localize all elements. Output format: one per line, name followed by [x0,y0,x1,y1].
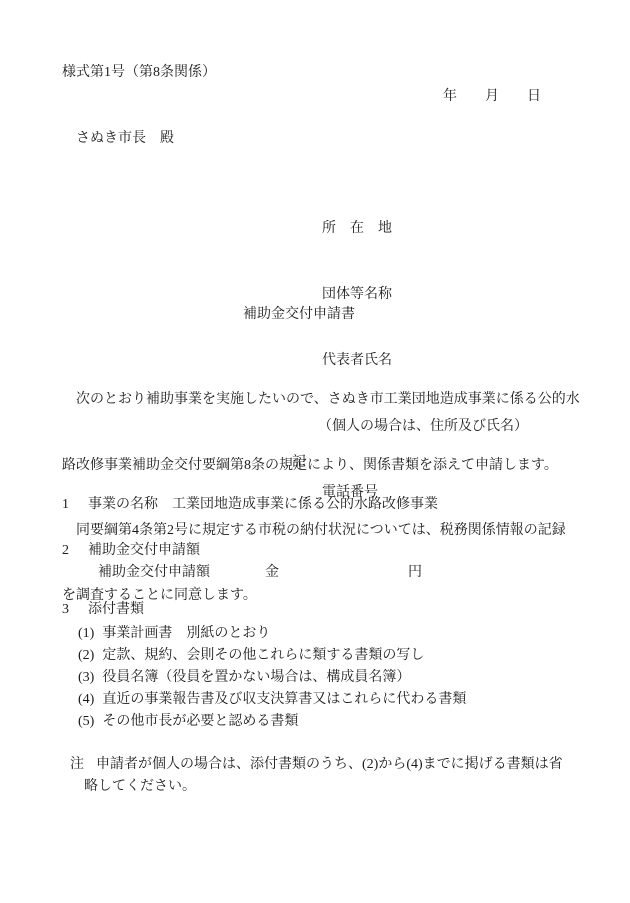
attachment-number: (3) [78,670,94,685]
item2-number: 2 [62,540,69,562]
sender-org-name-label: 団体等名称 [322,284,528,306]
item2-row-label: 補助金交付申請額 [98,562,210,584]
body-line-3: 同要綱第4条第2号に規定する市税の納付状況については、税務関係情報の記録 [62,520,582,542]
attachment-number: (4) [78,692,94,707]
attachment-row: (5)その他市長が必要と認める書類 [78,711,298,733]
body-line-1: 次のとおり補助事業を実施したいので、さぬき市工業団地造成事業に係る公的水 [62,389,582,411]
attachment-text: その他市長が必要と認める書類 [102,714,298,729]
addressee: さぬき市長 殿 [76,128,174,150]
note-marker: 注 [70,754,84,776]
item2-heading: 補助金交付申請額 [88,540,200,562]
form-number: 様式第1号（第8条関係） [62,62,216,84]
attachment-text: 役員名簿（役員を置かない場合は、構成員名簿） [102,670,410,685]
ki-marker: 記 [0,452,598,474]
item1-number: 1 [62,494,69,516]
attachment-row: (2)定款、規約、会則その他これらに類する書類の写し [78,645,424,667]
date-line: 年 月 日 [443,86,541,108]
note-line-2: 略してください。 [84,776,196,798]
attachment-text: 定款、規約、会則その他これらに類する書類の写し [102,648,424,663]
sender-location-label: 所 在 地 [322,218,528,240]
document-title: 補助金交付申請書 [0,304,598,326]
item3-number: 3 [62,599,69,621]
item1-text: 事業の名称 工業団地造成事業に係る公的水路改修事業 [88,494,438,516]
attachment-row: (1)事業計画書 別紙のとおり [78,623,270,645]
currency-suffix: 円 [408,562,422,584]
application-form-page: 様式第1号（第8条関係） 年 月 日 さぬき市長 殿 所 在 地 団体等名称 代… [0,0,630,903]
attachment-number: (2) [78,648,94,663]
item3-heading: 添付書類 [88,599,144,621]
attachment-number: (5) [78,714,94,729]
attachment-text: 直近の事業報告書及び収支決算書又はこれらに代わる書類 [102,692,466,707]
attachment-text: 事業計画書 別紙のとおり [102,626,270,641]
attachment-number: (1) [78,626,94,641]
currency-prefix: 金 [265,562,279,584]
note-line-1: 申請者が個人の場合は、添付書類のうち、(2)から(4)までに掲げる書類は省 [96,754,563,776]
attachment-row: (4)直近の事業報告書及び収支決算書又はこれらに代わる書類 [78,689,466,711]
attachment-row: (3)役員名簿（役員を置かない場合は、構成員名簿） [78,667,410,689]
